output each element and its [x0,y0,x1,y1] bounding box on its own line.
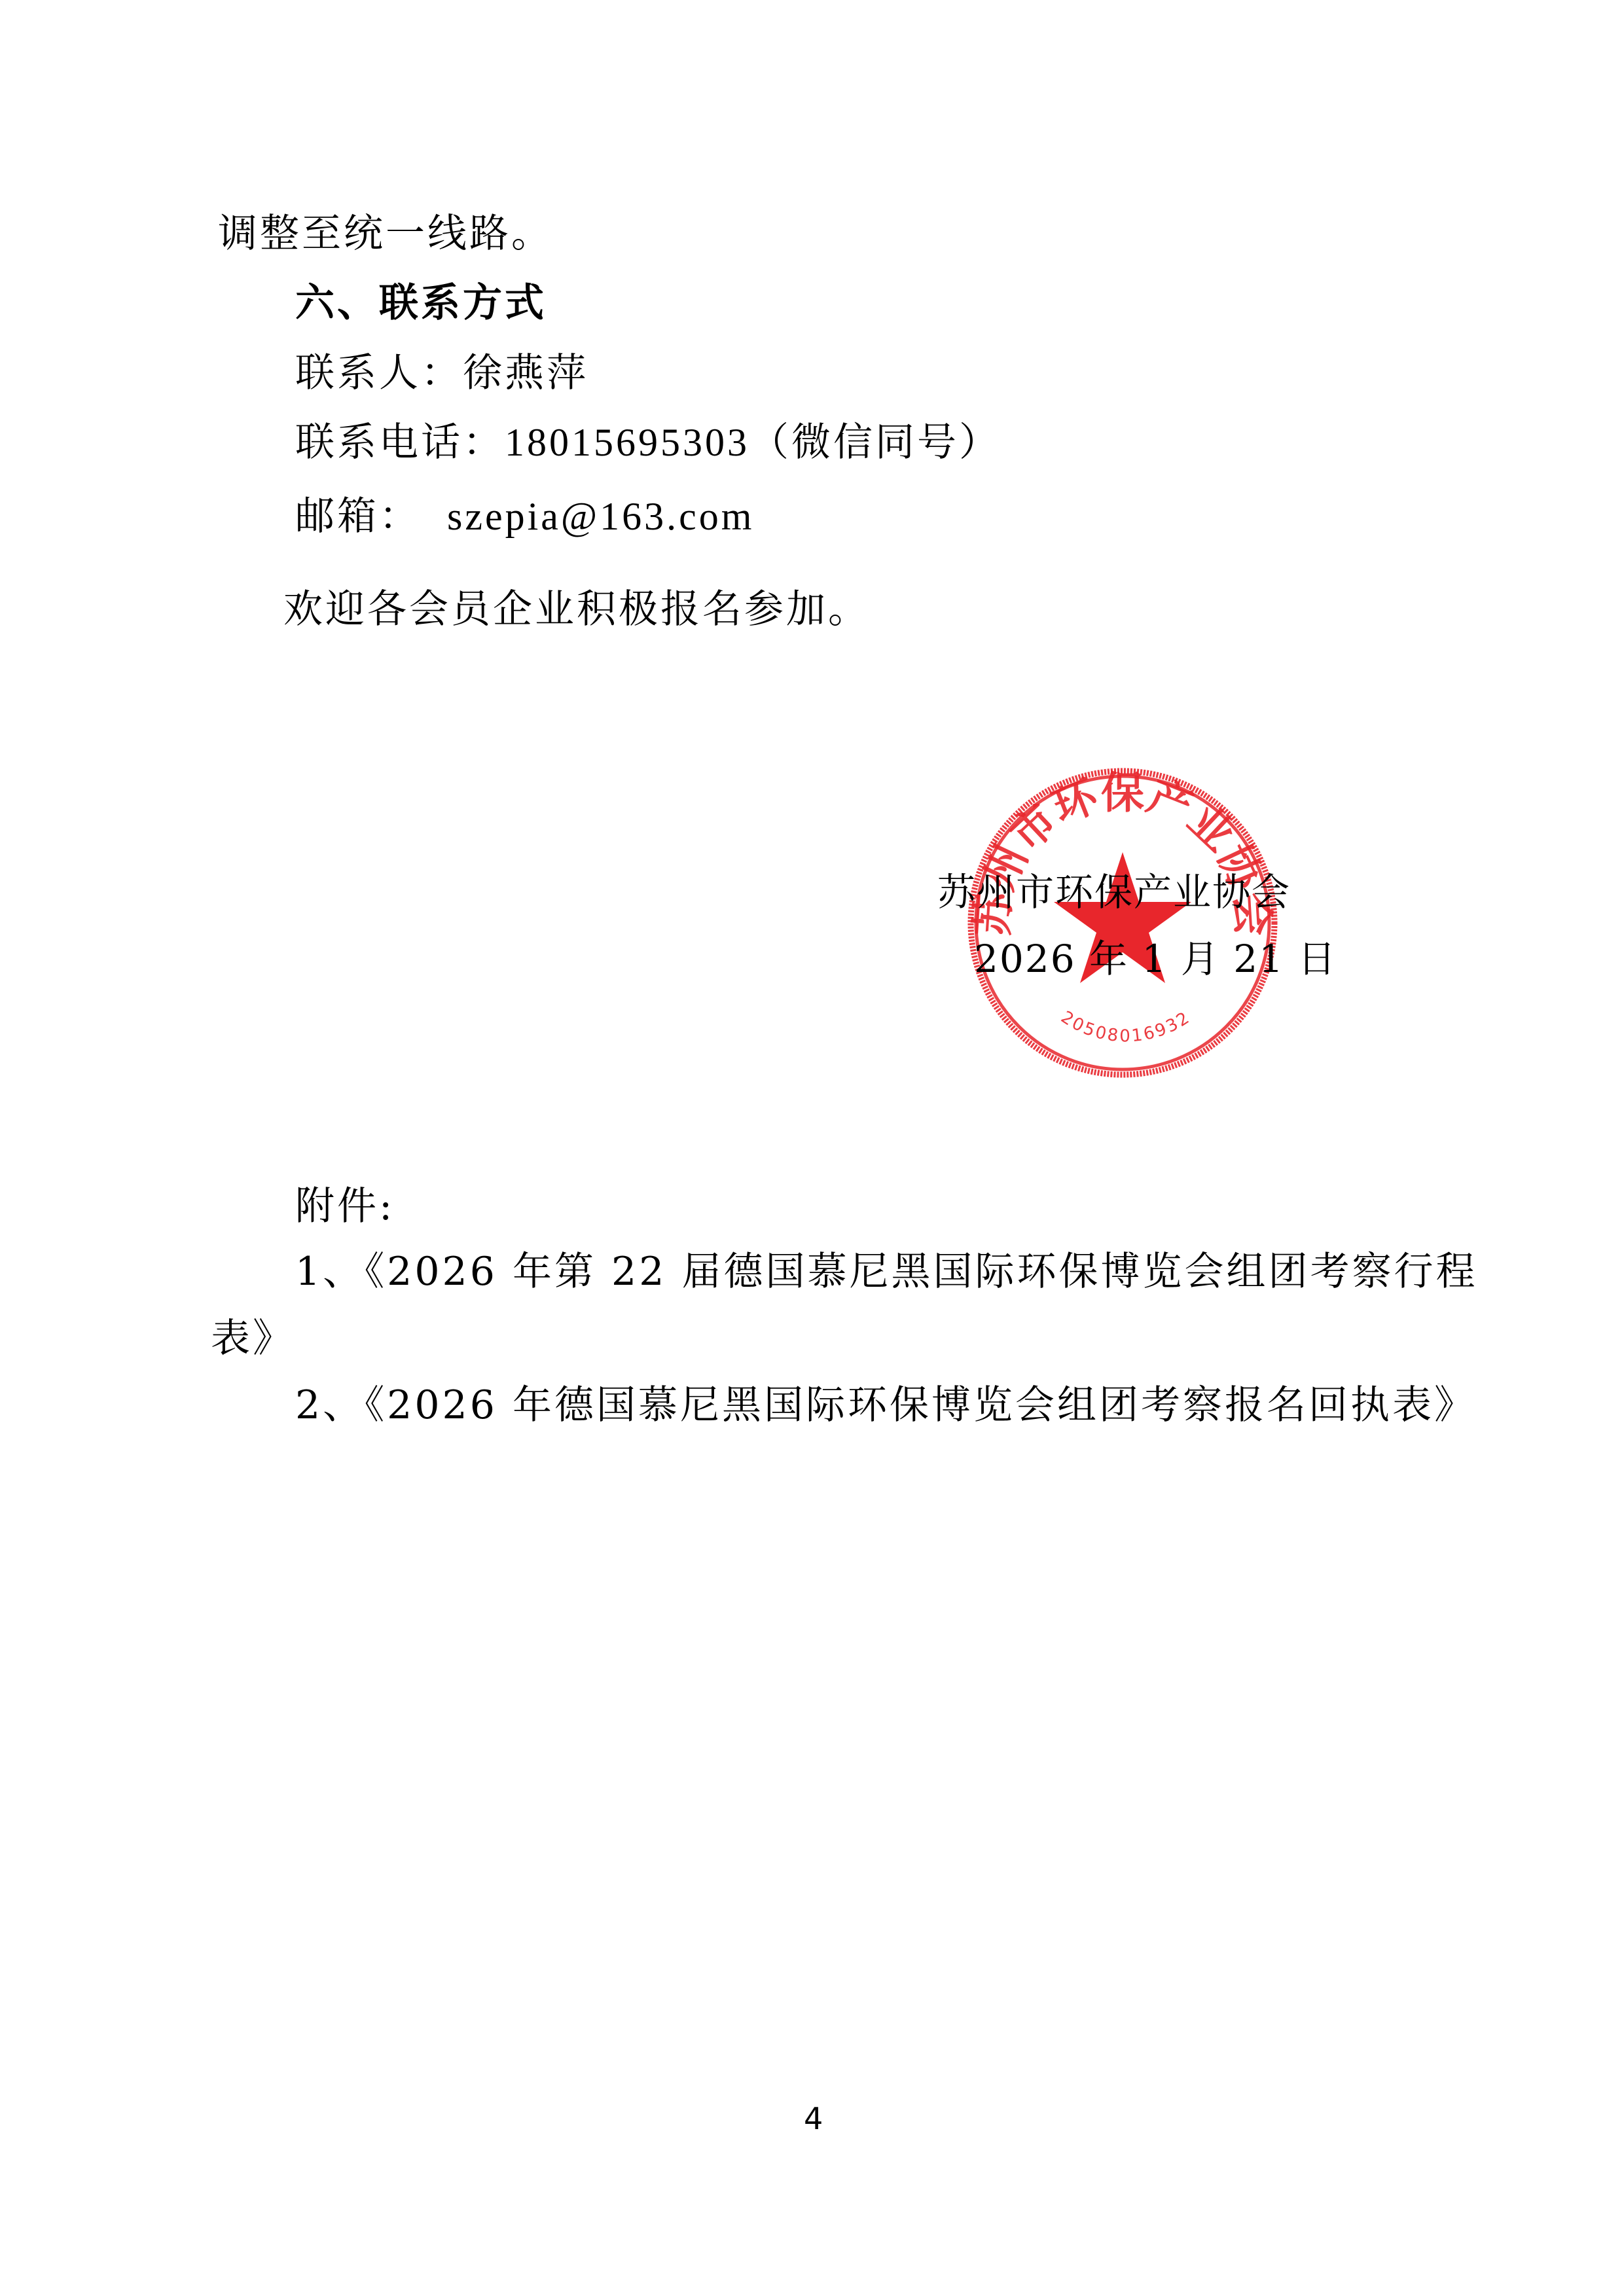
attachments-label: 附件: [295,1183,395,1229]
attachment-item-2: 2、《2026 年德国慕尼黑国际环保博览会组团考察报名回执表》 [295,1382,1476,1428]
attachment-index: 2、 [295,1382,365,1428]
contact-person-line: 联系人：徐燕萍 [295,350,588,396]
contact-email-address[interactable]: szepia@163.com [447,495,754,538]
attachment-item-1: 1、《2026 年第 22 届德国慕尼黑国际环保博览会组团考察行程 [295,1249,1477,1295]
contact-person-name: 徐燕萍 [463,350,588,396]
attachment-title: 《2026 年德国慕尼黑国际环保博览会组团考察报名回执表》 [365,1382,1476,1428]
attachment-item-1-continuation: 表》 [211,1316,295,1361]
contact-person-label: 联系人： [295,350,463,396]
contact-phone-line: 联系电话：18015695303（微信同号） [295,420,1001,465]
contact-phone-label: 联系电话： [295,420,505,465]
closing-text: 欢迎各会员企业积极报名参加。 [283,586,870,632]
signature-organization: 苏州市环保产业协会 [937,870,1291,914]
page-number: 4 [804,2101,823,2136]
section-heading-contact: 六、联系方式 [295,280,547,326]
contact-email-label: 邮箱： [295,493,421,539]
contact-email-line: 邮箱：szepia@163.com [295,493,754,539]
contact-phone-number: 18015695303 [505,421,749,464]
attachment-index: 1、 [295,1249,365,1295]
body-text-continuation: 调整至统一线路。 [218,211,553,257]
attachment-title: 《2026 年第 22 届德国慕尼黑国际环保博览会组团考察行程 [365,1249,1477,1295]
official-seal-stamp: 苏州市环保产业协会 3205080169328 [959,759,1286,1086]
contact-phone-note: （微信同号） [749,420,1001,465]
signature-date: 2026 年 1 月 21 日 [974,937,1337,980]
